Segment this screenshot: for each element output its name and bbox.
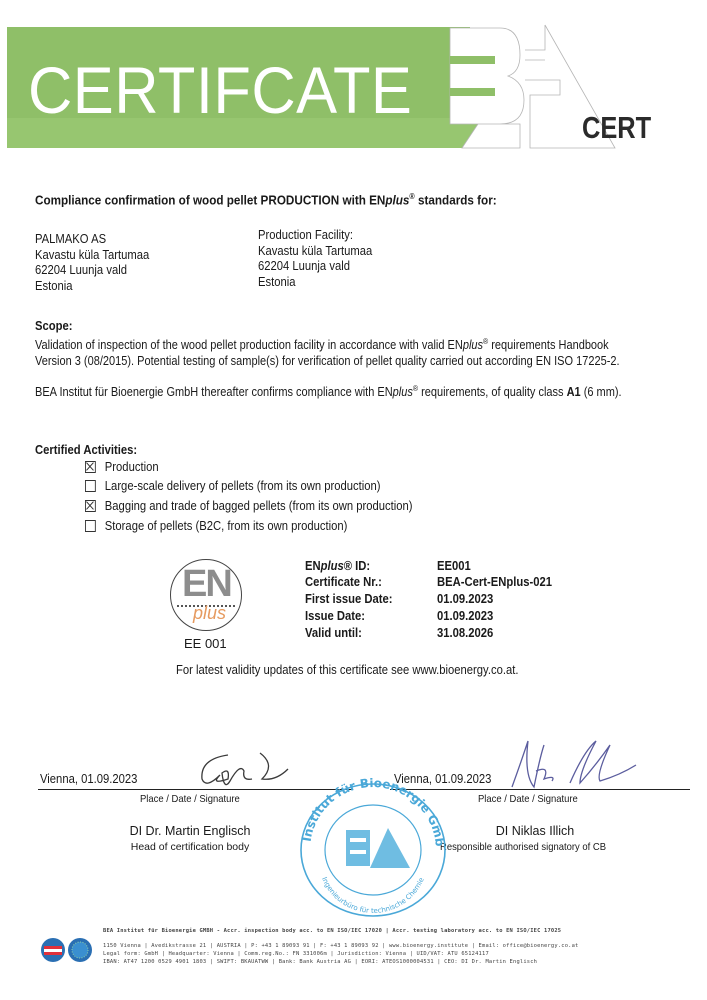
activity-large-scale-delivery: Large-scale delivery of pellets (from it… xyxy=(85,479,381,493)
right-signature-caption: Place / Date / Signature xyxy=(478,793,578,805)
signature-englisch-icon xyxy=(180,745,290,795)
logo-cert-text: CERT xyxy=(582,110,651,146)
validity-note: For latest validity updates of this cert… xyxy=(176,663,518,677)
issue-date-value: 01.09.2023 xyxy=(437,609,493,623)
certificate-holder-address: PALMAKO AS Kavastu küla Tartumaa 62204 L… xyxy=(35,232,149,294)
activity-production: Production xyxy=(85,460,159,474)
certificate-title: CERTIFCATE xyxy=(28,52,412,128)
valid-until-value: 31.08.2026 xyxy=(437,626,493,640)
footer-bank: IBAN: AT47 1200 0529 4901 1803 | SWIFT: … xyxy=(103,959,537,965)
facility-country: Estonia xyxy=(258,275,372,291)
certificate-nr-value: BEA-Cert-ENplus-021 xyxy=(437,575,552,589)
first-issue-date-value: 01.09.2023 xyxy=(437,592,493,606)
facility-street: Kavastu küla Tartumaa xyxy=(258,244,372,260)
certificate-nr-label: Certificate Nr.: xyxy=(305,575,382,589)
checkbox-checked-icon xyxy=(85,461,96,473)
footer-legal: Legal form: GmbH | Headquarter: Vienna |… xyxy=(103,951,489,957)
enplus-logo-en: EN xyxy=(182,563,231,606)
holder-country: Estonia xyxy=(35,279,149,295)
checkbox-empty-icon xyxy=(85,480,96,492)
right-signatory-role: Responsible authorised signatory of CB xyxy=(440,841,606,853)
holder-city: 62204 Luunja vald xyxy=(35,263,149,279)
issue-date-label: Issue Date: xyxy=(305,609,365,623)
left-signatory-name: DI Dr. Martin Englisch xyxy=(100,824,280,838)
checkbox-checked-icon xyxy=(85,500,96,512)
footer-accreditation: BEA Institut für Bioenergie GMBH - Accr.… xyxy=(103,928,561,934)
signature-illich-icon xyxy=(500,735,640,795)
first-issue-date-label: First issue Date: xyxy=(305,592,393,606)
certified-activities-label: Certified Activities: xyxy=(35,443,137,457)
scope-text: Validation of inspection of the wood pel… xyxy=(35,334,669,369)
facility-label: Production Facility: xyxy=(258,228,372,244)
valid-until-label: Valid until: xyxy=(305,626,362,640)
enplus-id-value: EE001 xyxy=(437,559,471,573)
holder-street: Kavastu küla Tartumaa xyxy=(35,248,149,264)
holder-name: PALMAKO AS xyxy=(35,232,149,248)
enplus-id-label: ENplus® ID: xyxy=(305,559,370,573)
left-signatory-role: Head of certification body xyxy=(100,841,280,853)
accreditation-logos-icon xyxy=(40,937,96,963)
footer-contact: 1150 Vienna | Avedikstrasse 21 | AUSTRIA… xyxy=(103,943,578,949)
compliance-heading: Compliance confirmation of wood pellet P… xyxy=(35,192,497,207)
enplus-logo-plus: plus xyxy=(193,603,226,624)
scope-label: Scope: xyxy=(35,319,73,333)
compliance-confirmation: BEA Institut für Bioenergie GmbH thereaf… xyxy=(35,384,622,399)
left-signature-caption: Place / Date / Signature xyxy=(140,793,240,805)
left-place-date: Vienna, 01.09.2023 xyxy=(40,772,137,786)
right-signatory-name: DI Niklas Illich xyxy=(445,824,625,838)
activity-storage: Storage of pellets (B2C, from its own pr… xyxy=(85,519,347,533)
enplus-logo-id: EE 001 xyxy=(184,636,227,651)
activity-bagging-trade: Bagging and trade of bagged pellets (fro… xyxy=(85,499,413,513)
checkbox-empty-icon xyxy=(85,520,96,532)
facility-city: 62204 Luunja vald xyxy=(258,259,372,275)
company-stamp-icon: Institut für Bioenergie GmbH Ingenieurbü… xyxy=(288,778,458,918)
production-facility-address: Production Facility: Kavastu küla Tartum… xyxy=(258,228,372,290)
